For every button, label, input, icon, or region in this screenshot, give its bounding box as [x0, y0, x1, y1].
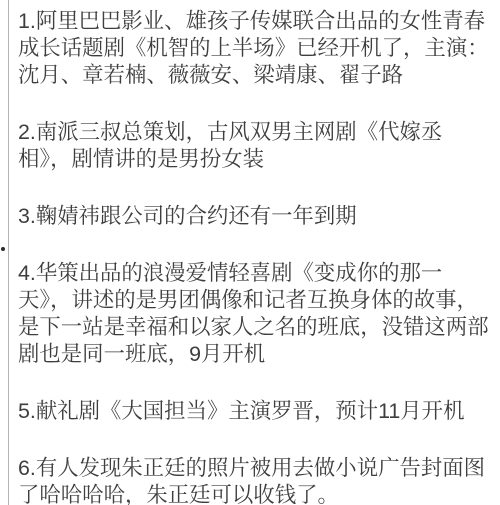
left-border-line	[8, 0, 9, 505]
list-bullet-dot	[1, 247, 5, 251]
news-item-1: 1.阿里巴巴影业、雄孩子传媒联合出品的女性青春成长话题剧《机智的上半场》已经开机…	[18, 8, 491, 89]
news-item-6: 6.有人发现朱正廷的照片被用去做小说广告封面图了哈哈哈哈，朱正廷可以收钱了。	[18, 455, 491, 505]
news-item-5: 5.献礼剧《大国担当》主演罗晋，预计11月开机	[18, 398, 491, 425]
news-text-block: 1.阿里巴巴影业、雄孩子传媒联合出品的女性青春成长话题剧《机智的上半场》已经开机…	[18, 8, 491, 505]
news-item-2: 2.南派三叔总策划，古风双男主网剧《代嫁丞相》，剧情讲的是男扮女装	[18, 119, 491, 173]
news-item-3: 3.鞠婧祎跟公司的合约还有一年到期	[18, 203, 491, 230]
news-item-4: 4.华策出品的浪漫爱情轻喜剧《变成你的那一天》，讲述的是男团偶像和记者互换身体的…	[18, 260, 491, 368]
